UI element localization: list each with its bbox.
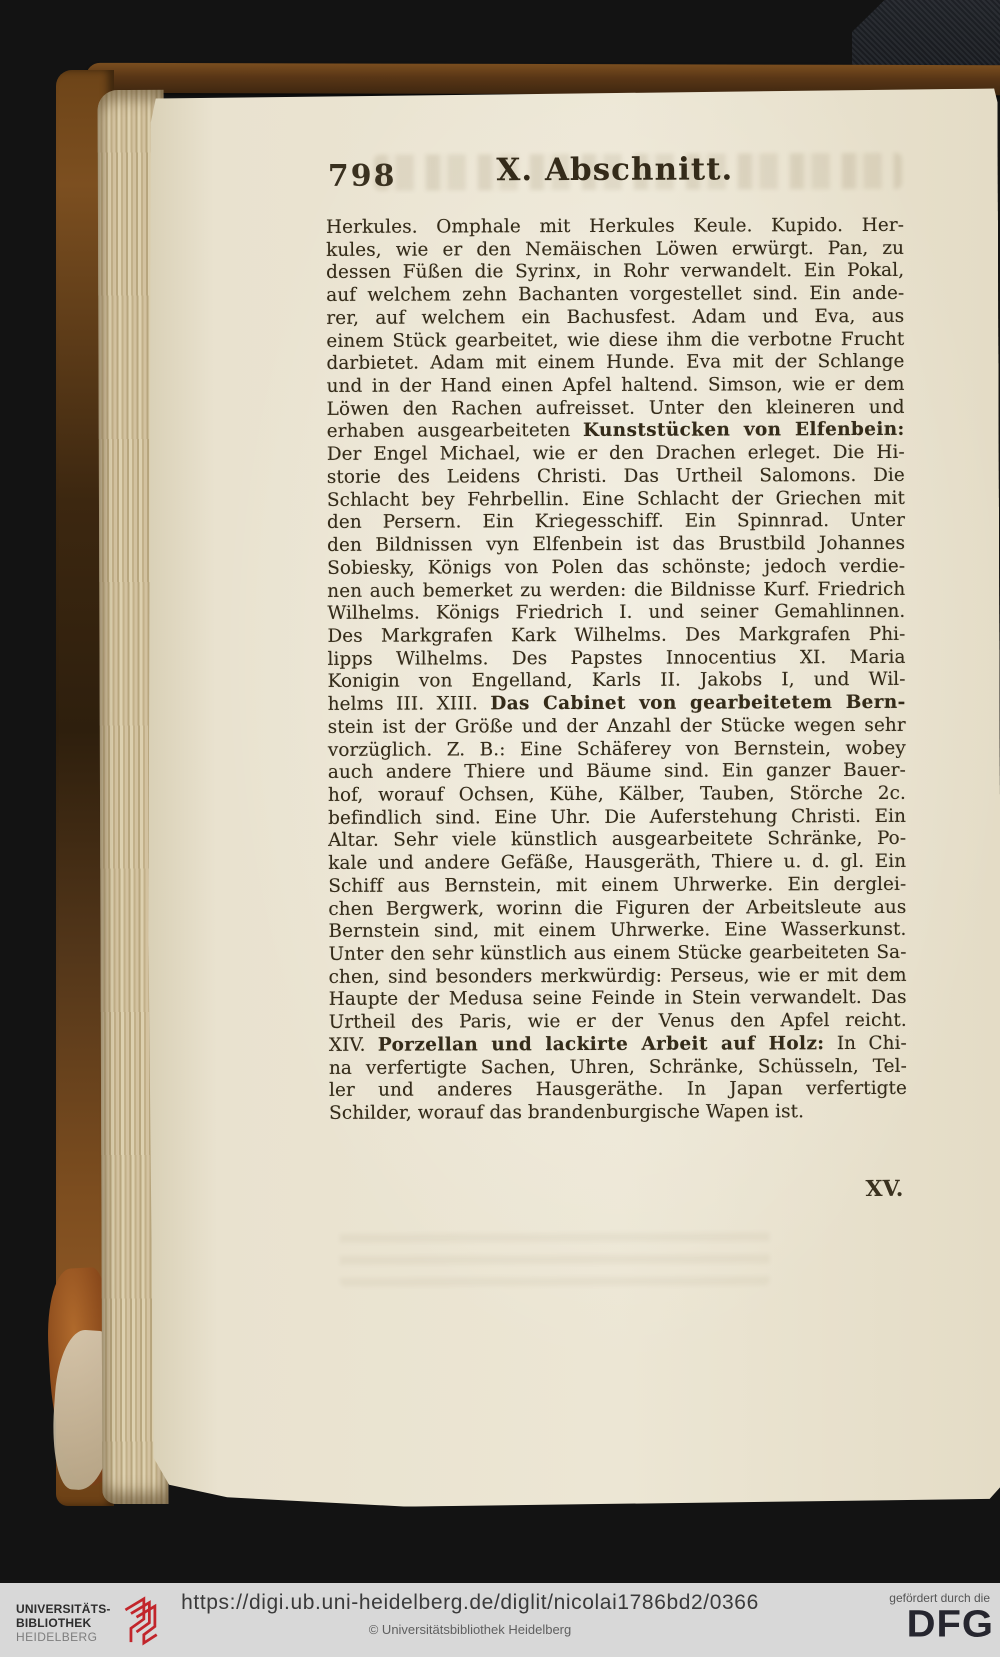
text-line: na verfertigte Sachen, Uhren, Schränke, … xyxy=(329,1055,907,1080)
text-line: Herkules. Omphale mit Herkules Keule. Ku… xyxy=(326,215,904,240)
text-line: nen auch bemerket zu werden: die Bildnis… xyxy=(327,578,905,603)
text-line: Konigin von Engelland, Karls II. Jakobs … xyxy=(328,669,906,694)
copyright-notice: © Universitätsbibliothek Heidelberg xyxy=(170,1622,770,1637)
text-line: kale und andere Gefäße, Hausgeräth, Thie… xyxy=(328,851,906,876)
university-library-logo: UNIVERSITÄTS- BIBLIOTHEK HEIDELBERG xyxy=(16,1593,165,1652)
text-line: chen, sind besonders merkwürdig: Perseus… xyxy=(329,965,907,990)
dfg-logo-text: DFG xyxy=(834,1606,994,1642)
text-column: 798 X. Abschnitt. Herkules. Omphale mit … xyxy=(326,149,908,1204)
text-line: Der Engel Michael, wie er den Drachen er… xyxy=(327,442,905,467)
ub-logo-line3: HEIDELBERG xyxy=(16,1630,111,1644)
viewer-footer-bar: UNIVERSITÄTS- BIBLIOTHEK HEIDELBERG http… xyxy=(0,1583,1000,1657)
text-line: kules, wie er den Nemäischen Löwen erwür… xyxy=(326,238,904,263)
text-line: XIV. Porzellan und lackirte Arbeit auf H… xyxy=(329,1033,907,1058)
text-line: stein ist der Größe und der Anzahl der S… xyxy=(328,715,906,740)
text-line: lipps Wilhelms. Des Papstes Innocentius … xyxy=(327,646,905,671)
text-line: Bernstein sind, mit einem Uhrwerke. Eine… xyxy=(328,919,906,944)
ub-logo-line1: UNIVERSITÄTS- xyxy=(16,1602,111,1616)
text-line: auch andere Thiere und Bäume sind. Ein g… xyxy=(328,760,906,785)
dfg-logo: gefördert durch die DFG xyxy=(834,1591,994,1643)
text-line: Sobiesky, Königs von Polen das schönste;… xyxy=(327,556,905,581)
footer-center: https://digi.ub.uni-heidelberg.de/diglit… xyxy=(170,1591,770,1637)
text-line: chen Bergwerk, worinn die Figuren der Ar… xyxy=(328,896,906,921)
text-line: Haupte der Medusa seine Feinde in Stein … xyxy=(329,987,907,1012)
text-line: rer, auf welchem ein Bachusfest. Adam un… xyxy=(326,306,904,331)
text-line: den Bildnissen vyn Elfenbein ist das Bru… xyxy=(327,533,905,558)
book-page: 798 X. Abschnitt. Herkules. Omphale mit … xyxy=(146,89,1000,1508)
text-line: befindlich sind. Eine Uhr. Die Aufersteh… xyxy=(328,806,906,831)
text-line: Schlacht bey Fehrbellin. Eine Schlacht d… xyxy=(327,487,905,512)
catchword: XV. xyxy=(329,1176,907,1204)
text-line: auf welchem zehn Bachanten vorgestellet … xyxy=(326,283,904,308)
text-line: Schiff aus Bernstein, mit einem Uhrwerke… xyxy=(328,874,906,899)
chapter-heading: X. Abschnitt. xyxy=(326,151,904,189)
permalink-url: https://digi.ub.uni-heidelberg.de/diglit… xyxy=(170,1591,770,1615)
text-line: storie des Leidens Christi. Das Urtheil … xyxy=(327,465,905,490)
ink-bleedthrough-bottom xyxy=(340,1229,770,1287)
text-line: ler und anderes Hausgeräthe. In Japan ve… xyxy=(329,1078,907,1103)
text-line: Des Markgrafen Kark Wilhelms. Des Markgr… xyxy=(327,624,905,649)
text-line: Unter den sehr künstlich aus einem Stück… xyxy=(329,942,907,967)
ub-logo-line2: BIBLIOTHEK xyxy=(16,1616,111,1630)
text-line: Wilhelms. Königs Friedrich I. und seiner… xyxy=(327,601,905,626)
text-line: hof, worauf Ochsen, Kühe, Kälber, Tauben… xyxy=(328,783,906,808)
page-body-text: Herkules. Omphale mit Herkules Keule. Ku… xyxy=(326,215,907,1126)
text-line: darbietet. Adam mit einem Hunde. Eva mit… xyxy=(326,351,904,376)
text-line: einem Stück gearbeitet, wie diese ihm di… xyxy=(326,328,904,353)
page-header: 798 X. Abschnitt. xyxy=(326,149,904,217)
text-line: erhaben ausgearbeiteten Kunststücken von… xyxy=(327,419,905,444)
scanned-book-photo: 798 X. Abschnitt. Herkules. Omphale mit … xyxy=(0,0,1000,1657)
university-library-logo-text: UNIVERSITÄTS- BIBLIOTHEK HEIDELBERG xyxy=(16,1602,111,1644)
text-line: dessen Füßen die Syrinx, in Rohr verwand… xyxy=(326,260,904,285)
text-line: helms III. XIII. Das Cabinet von gearbei… xyxy=(328,692,906,717)
text-line: Urtheil des Paris, wie er der Venus den … xyxy=(329,1010,907,1035)
text-line: Löwen den Rachen aufreisset. Unter den k… xyxy=(327,397,905,422)
text-line: vorzüglich. Z. B.: Eine Schäferey von Be… xyxy=(328,737,906,762)
text-line: Altar. Sehr viele künstlich ausgearbeite… xyxy=(328,828,906,853)
open-book-icon xyxy=(119,1593,165,1652)
text-line: den Persern. Ein Kriegesschiff. Ein Spin… xyxy=(327,510,905,535)
text-line: und in der Hand einen Apfel haltend. Sim… xyxy=(327,374,905,399)
text-line: Schilder, worauf das brandenburgische Wa… xyxy=(329,1101,907,1126)
